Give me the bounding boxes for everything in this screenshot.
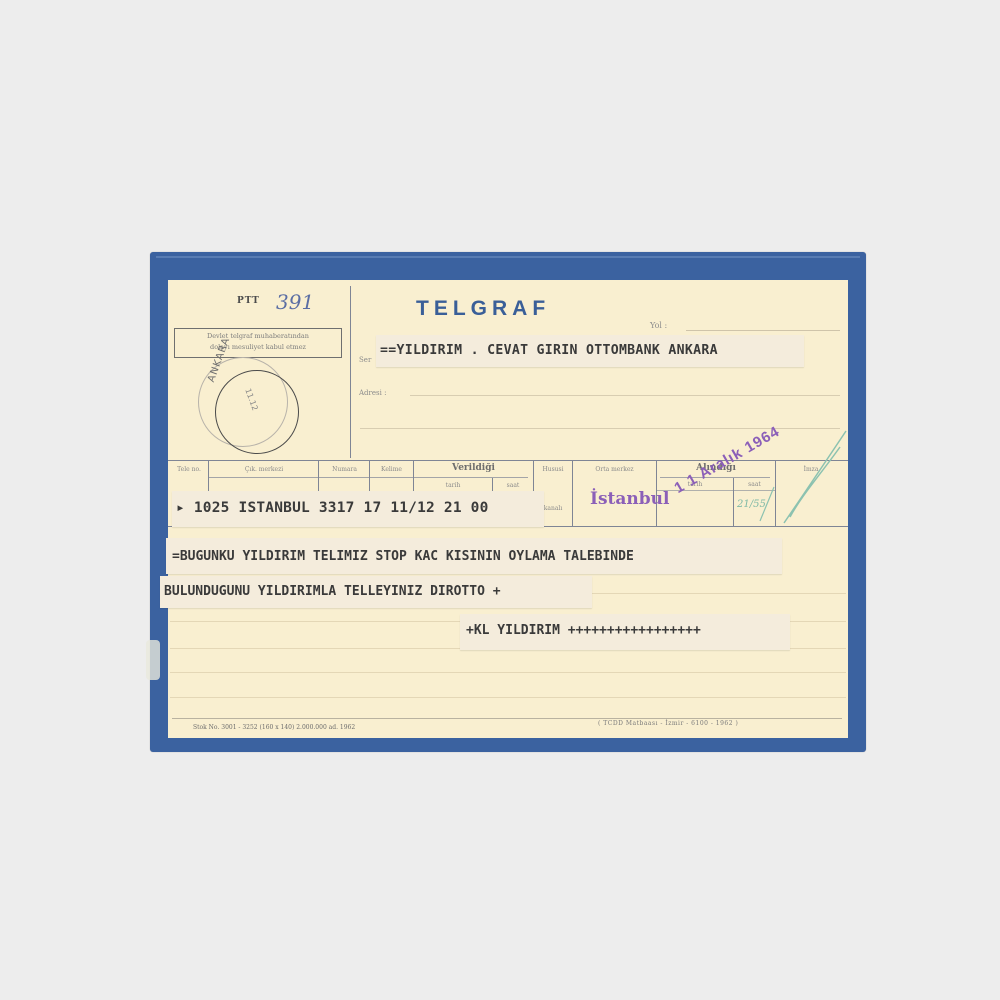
pencil-signature-icon <box>740 425 850 530</box>
col-divider <box>208 461 209 491</box>
header-orta-merkez: Orta merkez <box>573 466 656 473</box>
header-verildigi-tarih: tarih <box>414 482 492 489</box>
notice-line-1: Devlet telgraf muhaberatından <box>179 331 337 342</box>
header-numara: Numara <box>320 466 369 473</box>
ptt-label: PTT <box>237 296 260 306</box>
paper-tear-tab <box>146 640 160 680</box>
divider-vertical <box>350 286 351 458</box>
postmark-inner-ring <box>215 370 299 454</box>
ser-label: Ser <box>359 356 371 364</box>
header-hususi: Hususi <box>534 466 572 473</box>
table-sub-border <box>208 477 528 478</box>
col-divider <box>318 461 319 491</box>
header-verildigi-saat: saat <box>493 482 533 489</box>
header-cikis-merkezi: Çık. merkezi <box>210 466 318 473</box>
form-title: TELGRAF <box>416 297 550 321</box>
adres-line <box>410 395 840 396</box>
message-line-1: =BUGUNKU YILDIRIM TELIMIZ STOP KAC KISIN… <box>166 538 782 574</box>
ptt-number: 391 <box>276 290 314 314</box>
adres-label: Adresi : <box>359 389 386 397</box>
yol-label: Yol : <box>650 321 667 330</box>
recipient-address-tape: ==YILDIRIM . CEVAT GIRIN OTTOMBANK ANKAR… <box>376 335 804 367</box>
liability-notice: Devlet telgraf muhaberatından dolayı mes… <box>174 328 342 358</box>
header-verildigi: Verildiği <box>414 463 533 473</box>
relay-city-stamp: İstanbul <box>590 489 669 509</box>
yol-line <box>686 330 840 331</box>
message-signature: +KL YILDIRIM +++++++++++++++++ <box>460 614 790 650</box>
header-kelime: Kelime <box>370 466 413 473</box>
footer-printer: ( TCDD Matbaası - İzmir - 6100 - 1962 ) <box>598 720 738 727</box>
header-tel-no: Tele no. <box>170 466 208 473</box>
message-line-2: BULUNDUGUNU YILDIRIMLA TELLEYINIZ DIROTT… <box>160 576 592 608</box>
ruled-line <box>170 672 846 673</box>
footer-rule <box>172 718 842 719</box>
transmission-header-tape: ▸ 1025 ISTANBUL 3317 17 11/12 21 00 <box>172 491 544 527</box>
ruled-line <box>170 697 846 698</box>
footer-stock-number: Stok No. 3001 - 3252 (160 x 140) 2.000.0… <box>193 724 355 731</box>
notice-line-2: dolayı mesuliyet kabul etmez <box>179 342 337 353</box>
